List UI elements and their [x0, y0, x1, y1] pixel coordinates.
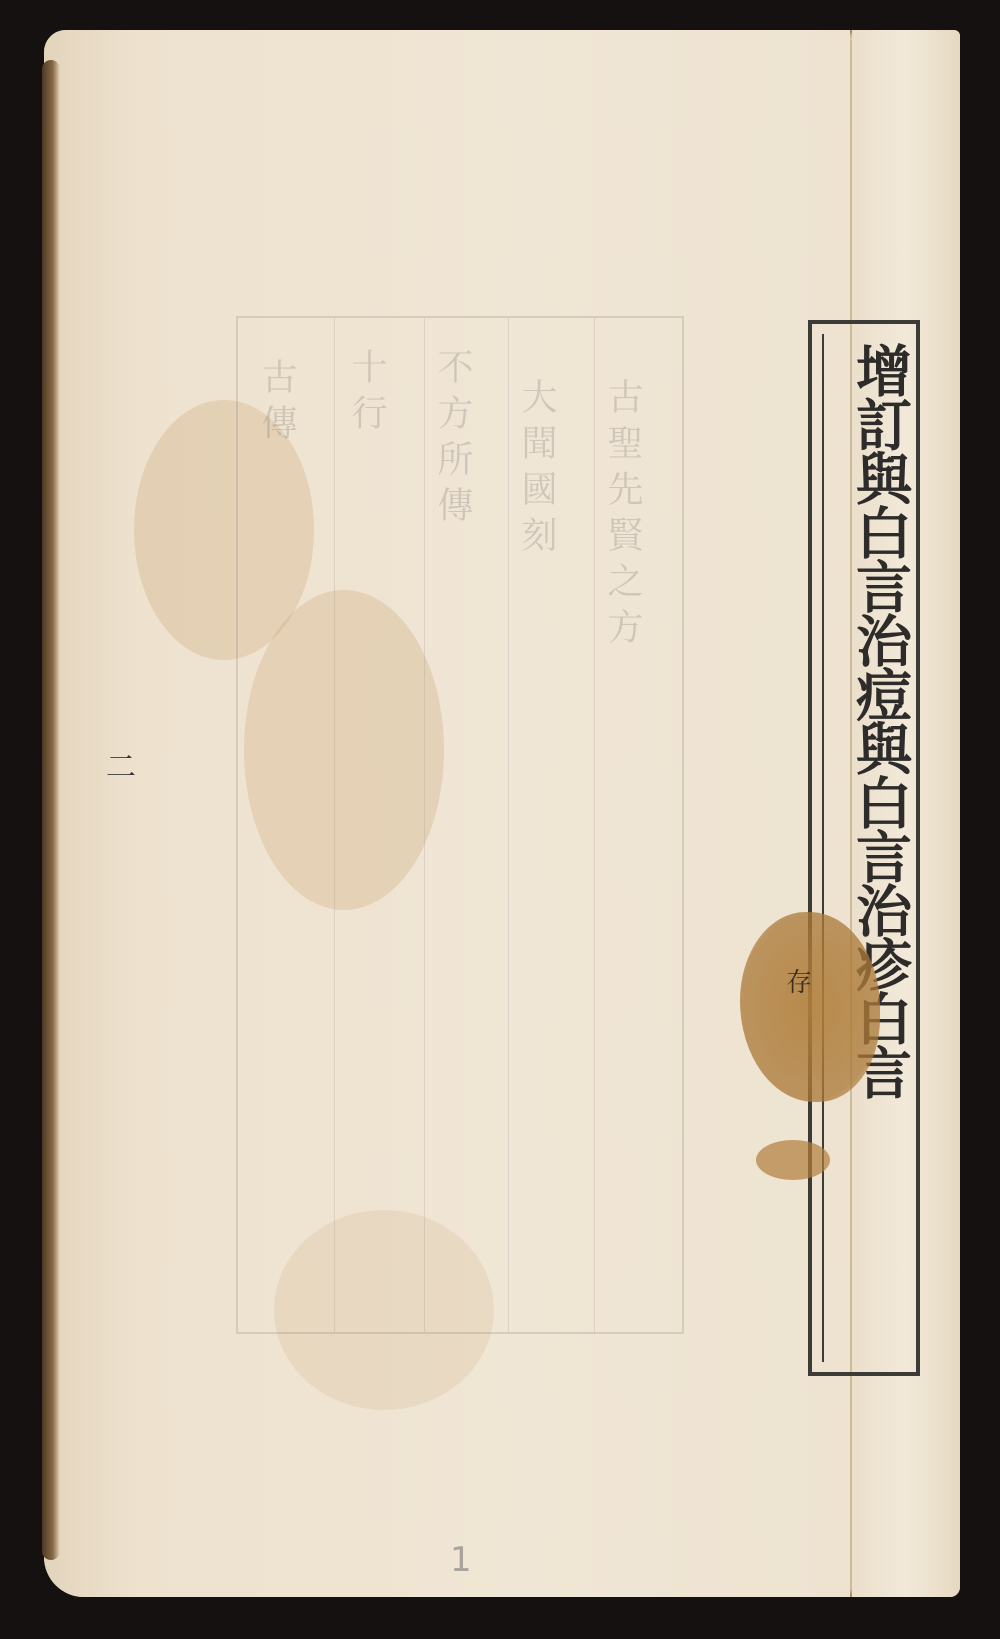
- bleed-through-text: 大聞國刻: [511, 378, 562, 562]
- left-edge-mark: 二: [106, 742, 136, 786]
- bleed-through-frame: 古聖先賢之方 大聞國刻 不方所傳 十行 古傳: [236, 316, 684, 1334]
- side-mark: 存: [786, 962, 812, 999]
- pencil-mark: 1: [450, 1540, 472, 1580]
- column-rule: [334, 318, 335, 1332]
- worn-left-edge: [42, 60, 60, 1560]
- bleed-through-text: 不方所傳: [427, 348, 478, 532]
- column-rule: [594, 318, 595, 1332]
- cover-paper: 古聖先賢之方 大聞國刻 不方所傳 十行 古傳 二 1: [44, 30, 850, 1597]
- column-rule: [424, 318, 425, 1332]
- bleed-through-text: 古傳: [251, 358, 302, 450]
- bleed-through-text: 十行: [341, 348, 392, 440]
- water-stain-small: [756, 1140, 830, 1180]
- bleed-through-text: 古聖先賢之方: [597, 378, 648, 654]
- column-rule: [508, 318, 509, 1332]
- title-slip: 增訂與白言治痘與白言治疹白言: [808, 320, 920, 1376]
